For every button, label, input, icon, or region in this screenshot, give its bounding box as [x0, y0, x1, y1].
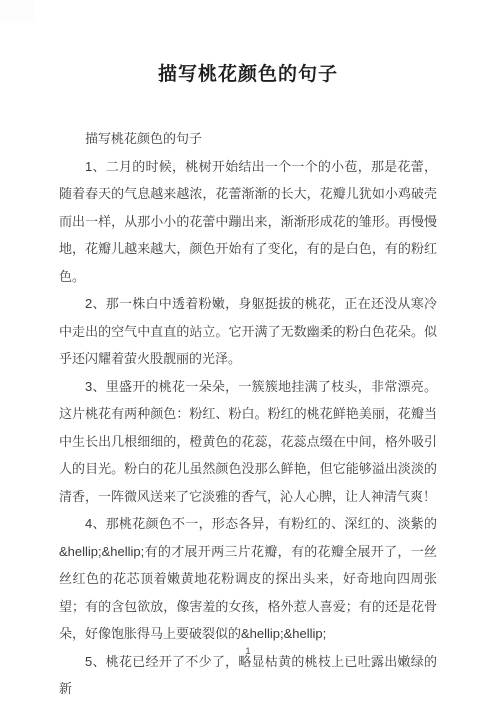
- document-page: 描写桃花颜色的句子 描写桃花颜色的句子 1、二月的时候，桃树开始结出一个一个的小…: [0, 0, 496, 702]
- paragraph-subtitle: 描写桃花颜色的句子: [59, 125, 437, 153]
- page-number: 1: [0, 646, 496, 656]
- page-title: 描写桃花颜色的句子: [0, 0, 496, 87]
- paragraph-1: 1、二月的时候，桃树开始结出一个一个的小苞，那是花蕾，随着春天的气息越来越浓，花…: [59, 153, 437, 291]
- paragraph-3: 3、里盛开的桃花一朵朵，一簇簇地挂满了枝头，非常漂亮。这片桃花有两种颜色：粉红、…: [59, 373, 437, 511]
- document-body: 描写桃花颜色的句子 1、二月的时候，桃树开始结出一个一个的小苞，那是花蕾，随着春…: [59, 125, 437, 702]
- paragraph-2: 2、那一株白中透着粉嫩，身躯挺拔的桃花，正在还没从寒冷中走出的空气中直直的站立。…: [59, 290, 437, 373]
- paragraph-4: 4、那桃花颜色不一，形态各异，有粉红的、深红的、淡紫的&hellip;&hell…: [59, 510, 437, 648]
- scan-artifact: [0, 0, 34, 22]
